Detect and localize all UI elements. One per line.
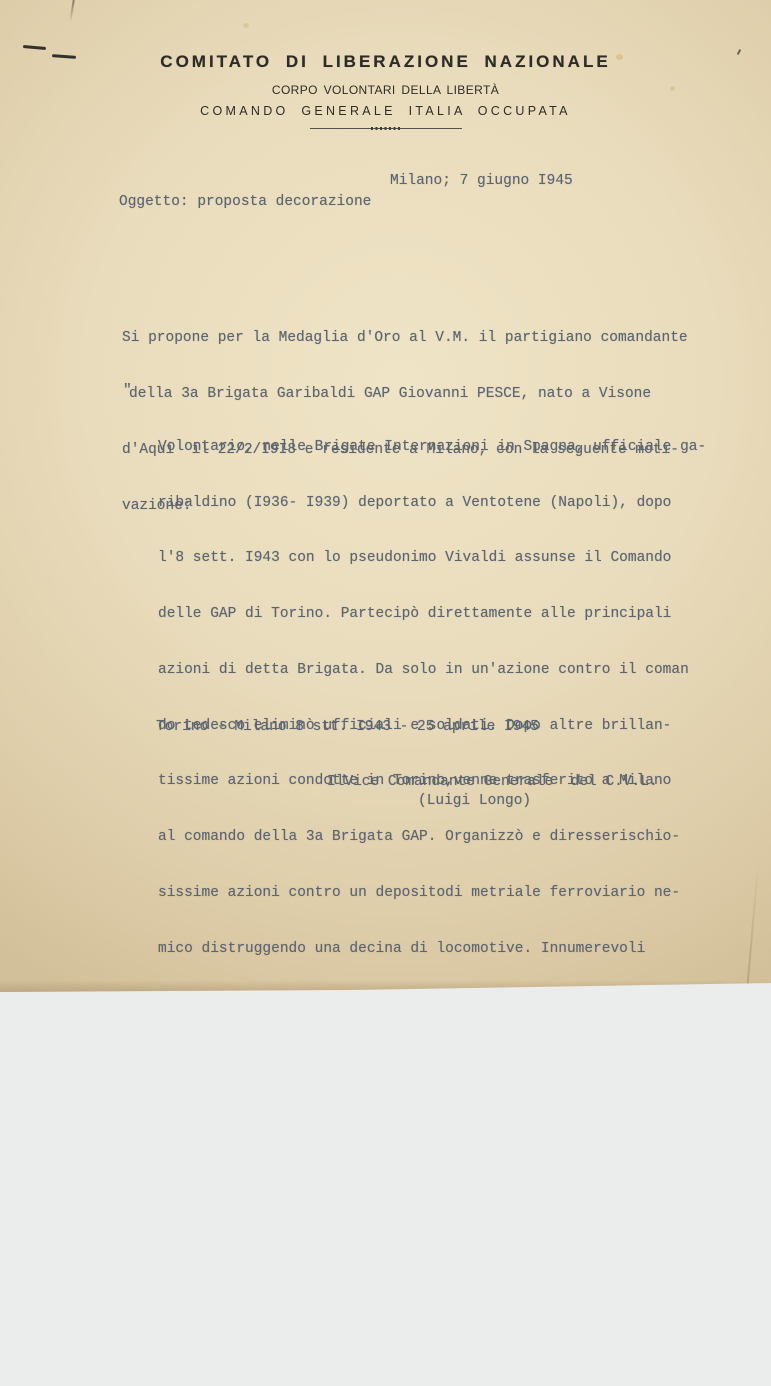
typed-line: Si propone per la Medaglia d'Oro al V.M.… xyxy=(122,329,688,348)
paper-stain-3 xyxy=(243,23,249,28)
typed-line: al comando della 3a Brigata GAP. Organiz… xyxy=(158,828,706,847)
typed-line: ribaldino (I936- I939) deportato a Vento… xyxy=(158,494,706,513)
subject-line: Oggetto: proposta decorazione xyxy=(119,193,371,212)
staple-mark-1 xyxy=(23,45,46,50)
divider-dots xyxy=(371,127,401,130)
crease-mark-top xyxy=(69,0,74,22)
period-line: Torino - Milano 8 stt. I943 - 25 aprile … xyxy=(156,718,539,737)
typed-line: delle GAP di Torino. Partecipò direttame… xyxy=(158,605,706,624)
org-title: COMITATO DI LIBERAZIONE NAZIONALE xyxy=(0,52,771,72)
header-divider xyxy=(310,128,462,129)
typed-line: l'8 sett. I943 con lo pseudonimo Vivaldi… xyxy=(158,549,706,568)
signature-name: (Luigi Longo) xyxy=(418,792,531,811)
citation-paragraph: " Volontario, nelle Brigate Internazioni… xyxy=(123,382,706,1000)
document-page: COMITATO DI LIBERAZIONE NAZIONALE CORPO … xyxy=(0,0,771,996)
signature-title: IlVice Comandante Generale del C.V.L. xyxy=(327,773,658,792)
typed-line: azioni di detta Brigata. Da solo in un'a… xyxy=(158,661,706,680)
typed-line: azioni condotte a compimento vennero da … xyxy=(158,996,706,1000)
org-corps: CORPO VOLONTARI DELLA LIBERTÀ xyxy=(0,83,771,97)
crease-mark-bottom-right xyxy=(747,862,760,984)
dateline: Milano; 7 giugno I945 xyxy=(390,172,573,191)
typed-line: sissime azioni contro un depositodi metr… xyxy=(158,884,706,903)
scan-background: { "header": { "organization": "COMITATO … xyxy=(0,0,771,1000)
letterhead: COMITATO DI LIBERAZIONE NAZIONALE CORPO … xyxy=(0,52,771,129)
typed-line: mico distruggendo una decina di locomoti… xyxy=(158,940,706,959)
open-quote-mark: " xyxy=(123,382,132,401)
typed-line: Volontario, nelle Brigate Internazioni i… xyxy=(158,438,706,457)
org-command: COMANDO GENERALE ITALIA OCCUPATA xyxy=(0,104,771,118)
